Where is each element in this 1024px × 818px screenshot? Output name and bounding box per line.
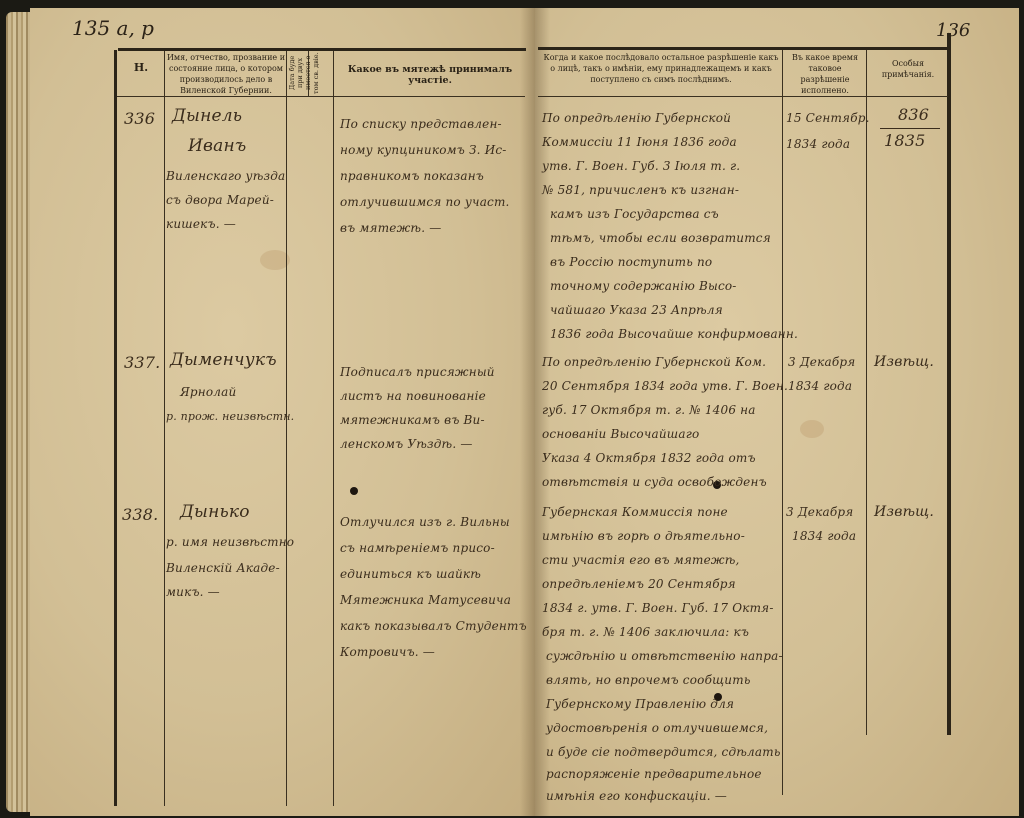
participation-line: Отлучился изъ г. Вильны [340,510,510,535]
header-separator-right [538,96,948,97]
resolution-line: имѣнію въ горѣ о дѣятельно- [542,524,745,549]
participation-line: въ мятежѣ. — [340,216,441,241]
person-detail-line: съ двора Марей- [166,188,274,213]
resolution-line: точному содержанію Высо- [550,274,737,299]
resolution-line: Губернскому Правленію для [546,692,734,717]
paper-stain [800,420,824,438]
resolution-line: основаніи Высочайшаго [542,422,699,447]
resolution-line: въ Россію поступить по [550,250,712,275]
participation-line: Мятежника Матусевича [340,588,511,613]
person-detail-line: кишекъ. — [166,212,236,237]
participation-line: правникомъ показанъ [340,164,484,189]
participation-line: листъ на повинованіе [340,384,486,409]
participation-line: ленскомъ Уѣздѣ. — [340,432,473,457]
resolution-line: сти участія его въ мятежѣ, [542,548,740,573]
executed-date-line: 15 Сентябр. [786,106,870,131]
resolution-line: опредѣленіемъ 20 Сентября [542,572,736,597]
participation-line: отлучившимся по участ. [340,190,510,215]
person-detail-line: р. прож. неизвѣстн. [166,404,294,429]
folio-number: 136 [936,20,970,41]
note-value: 836 [898,102,929,127]
person-detail-line: микъ. — [166,580,220,605]
resolution-line: Губернская Коммиссія поне [542,500,728,525]
column-divider [164,51,165,806]
resolution-line: имѣнія его конфискаціи. — [546,784,727,809]
header-notes: Особыя примѣчанія. [868,58,948,80]
executed-date-line: 1834 года [788,374,852,399]
participation-line: единиться къ шайкѣ [340,562,481,587]
participation-line: Подписалъ присяжный [340,360,495,385]
person-name-line: Дынель [172,104,242,129]
participation-line: съ намѣреніемъ присо- [340,536,495,561]
participation-line: По списку представлен- [340,112,502,137]
participation-line: Котровичъ. — [340,640,435,665]
person-name-line: Дыменчукъ [170,348,277,373]
entry-number: 338. [122,502,158,527]
resolution-line: отвѣтствія и суда освобожденъ [542,470,767,495]
note-value: 1835 [884,128,926,153]
participation-line: ному купциникомъ З. Ис- [340,138,507,163]
person-name-line: Ярнолай [180,380,236,405]
top-rule-right [538,47,950,50]
resolution-line: утв. Г. Воен. Губ. 3 Іюля т. г. [542,154,740,179]
header-executed: Въ какое время таковое разрѣшеніе исполн… [784,52,866,96]
participation-line: мятежникамъ въ Ви- [340,408,485,433]
binding-hole [350,487,358,495]
person-detail-line: Виленскаго уѣзда [166,164,285,189]
top-rule-left [118,48,526,51]
resolution-line: влять, но впрочемъ сообщить [546,668,751,693]
header-participation: Какое въ мятежѣ принималъ участіе. [335,64,525,86]
executed-date-line: 3 Декабря [786,500,853,525]
resolution-line: 20 Сентября 1834 года утв. Г. Воен. [542,374,788,399]
executed-date-line: 1834 года [792,524,856,549]
resolution-line: По опредѣленію Губернской [542,106,731,131]
resolution-line: Коммиссіи 11 Іюня 1836 года [542,130,737,155]
column-divider [866,50,867,735]
note-value: Извѣщ. [874,350,934,375]
resolution-line: № 581, причисленъ къ изгнан- [542,178,739,203]
resolution-line: суждѣнію и отвѣтственію напра- [546,644,783,669]
column-divider [782,50,783,795]
entry-number: 337. [124,350,160,375]
resolution-line: Указа 4 Октября 1832 года отъ [542,446,756,471]
resolution-line: губ. 17 Октября т. г. № 1406 на [542,398,756,423]
resolution-line: тѣмъ, чтобы если возвратится [550,226,771,251]
executed-date-line: 3 Декабря [788,350,855,375]
column-divider [333,51,334,806]
header-resolution: Когда и какое послѣдовало остальное разр… [540,52,782,85]
ledger-book-spread: 135 а, р 136 Н. Имя, отчество, прозвание… [0,0,1024,818]
person-name-line: Иванъ [188,134,246,159]
header-number: Н. [118,62,164,73]
outer-border-right [947,33,951,735]
resolution-line: бря т. г. № 1406 заключила: къ [542,620,749,645]
entry-number: 336 [124,106,155,131]
participation-line: какъ показывалъ Студентъ [340,614,527,639]
resolution-line: По опредѣленію Губернской Ком. [542,350,766,375]
header-person: Имя, отчество, прозвание и состояние лиц… [166,52,286,96]
executed-date-line: 1834 года [786,132,850,157]
person-detail-line: р. имя неизвѣстно [166,530,294,555]
header-separator-left [117,96,525,97]
resolution-line: 1834 г. утв. Г. Воен. Губ. 17 Октя- [542,596,774,621]
person-name-line: Дынько [180,500,250,525]
outer-border-left [114,50,117,806]
header-date: Дата буде при двух имеется о том св. дві… [288,52,332,94]
archive-mark: 135 а, р [72,16,154,40]
person-detail-line: Виленскій Акаде- [166,556,280,581]
resolution-line: камъ изъ Государства съ [550,202,719,227]
resolution-line: чайшаго Указа 23 Апрѣля [550,298,723,323]
resolution-line: 1836 года Высочайше конфирмованн. [550,322,798,347]
note-value: Извѣщ. [874,500,934,525]
resolution-line: удостовѣренія о отлучившемся, [546,716,768,741]
